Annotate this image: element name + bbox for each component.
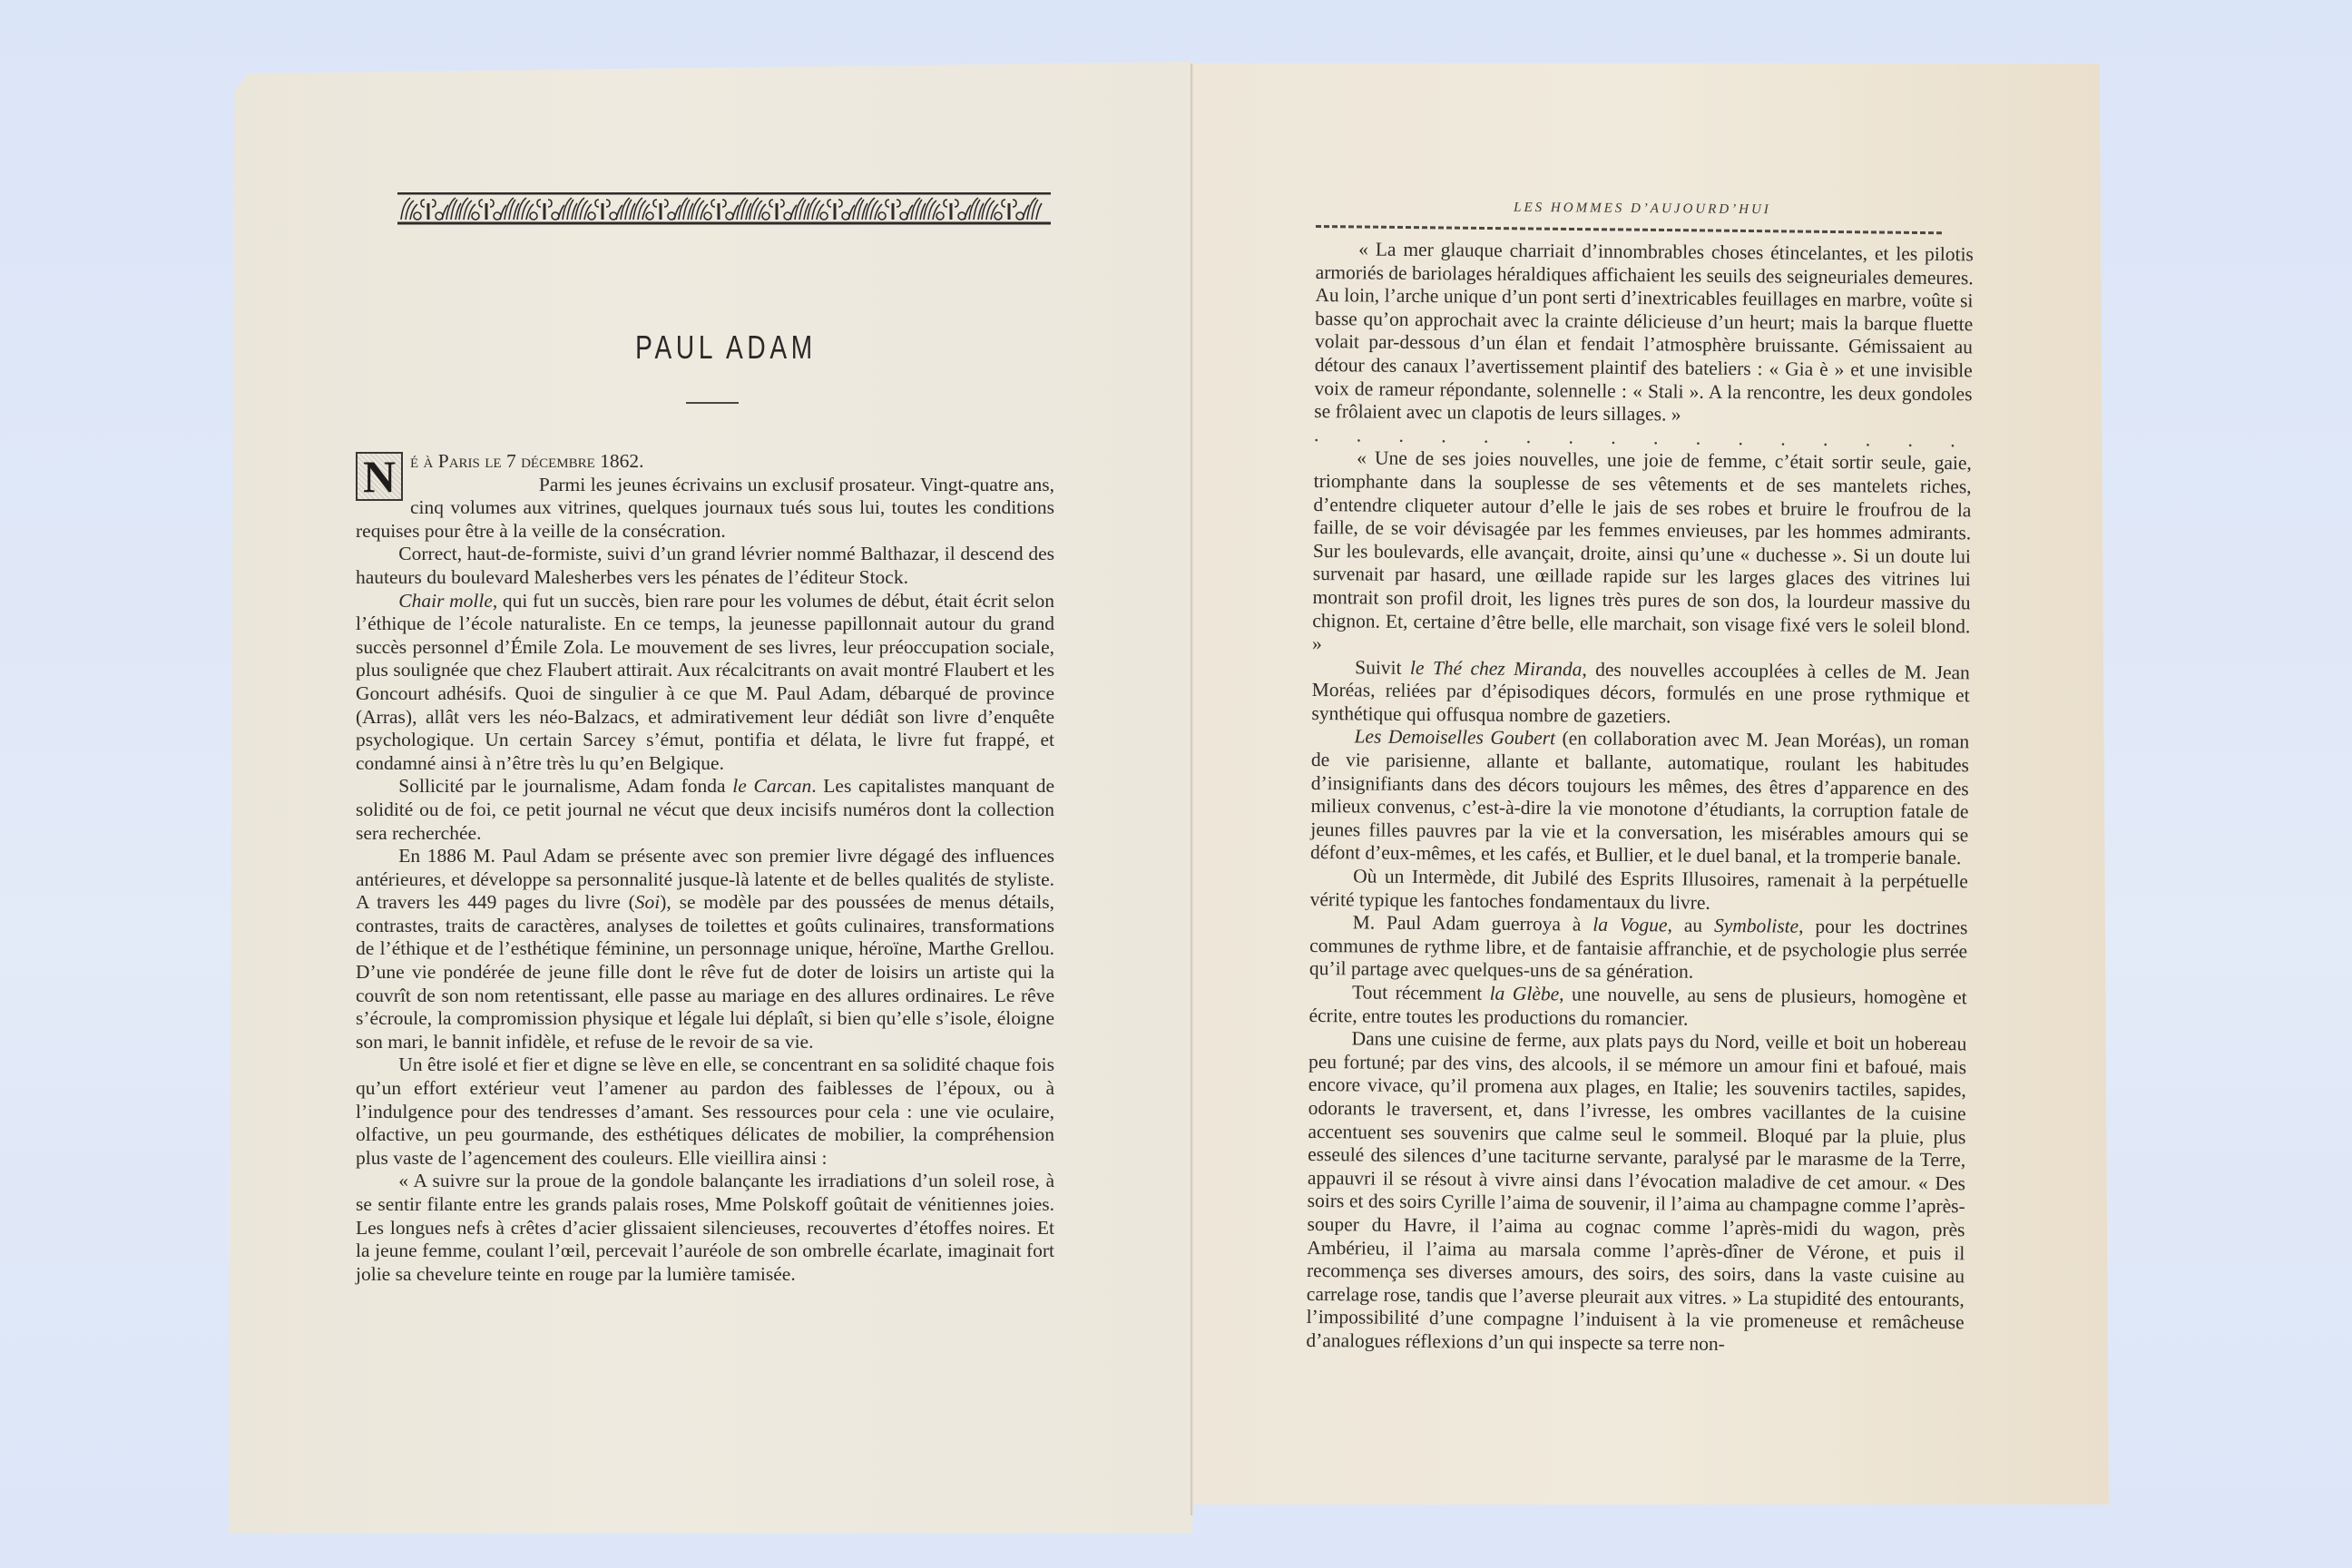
- paragraph: Sollicité par le journalisme, Adam fonda…: [356, 775, 1054, 845]
- paragraph: Dans une cuisine de ferme, aux plats pay…: [1306, 1027, 1966, 1358]
- right-page-text-column: « La mer glauque charriait d’innombrable…: [1306, 238, 1974, 1358]
- dropcap-letter: N: [356, 452, 403, 501]
- quote-paragraph: « La mer glauque charriait d’innombrable…: [1314, 238, 1974, 429]
- paragraph: En 1886 M. Paul Adam se présente avec so…: [356, 845, 1054, 1053]
- paragraph: Tout récemment la Glèbe, une nouvelle, a…: [1308, 981, 1966, 1034]
- paragraph: Parmi les jeunes écrivains un exclusif p…: [356, 474, 1054, 544]
- center-fold: [1191, 64, 1193, 1515]
- title-divider: [686, 402, 739, 404]
- paragraph: Suivit le Thé chez Miranda, des nouvelle…: [1311, 656, 1970, 731]
- quote-paragraph: « A suivre sur la proue de la gondole ba…: [356, 1170, 1054, 1286]
- quote-paragraph: « Une de ses joies nouvelles, une joie d…: [1312, 446, 1972, 661]
- paragraph: Chair molle, qui fut un succès, bien rar…: [356, 590, 1054, 776]
- left-page-text-column: Né à Paris le 7 décembre 1862. Parmi les…: [356, 450, 1054, 1286]
- paragraph: M. Paul Adam guerroya à la Vogue, au Sym…: [1309, 911, 1968, 986]
- paragraph: Né à Paris le 7 décembre 1862.: [356, 450, 1054, 474]
- paragraph: Correct, haut-de-formiste, suivi d’un gr…: [356, 543, 1054, 589]
- paragraph: Un être isolé et fier et digne se lève e…: [356, 1053, 1054, 1170]
- page-title: PAUL ADAM: [556, 328, 896, 367]
- paragraph: Les Demoiselles Goubert (en collaboratio…: [1310, 725, 1969, 870]
- palmette-frieze-ornament: [397, 192, 1051, 225]
- paragraph: Où un Intermède, dit Jubilé des Esprits …: [1310, 865, 1968, 917]
